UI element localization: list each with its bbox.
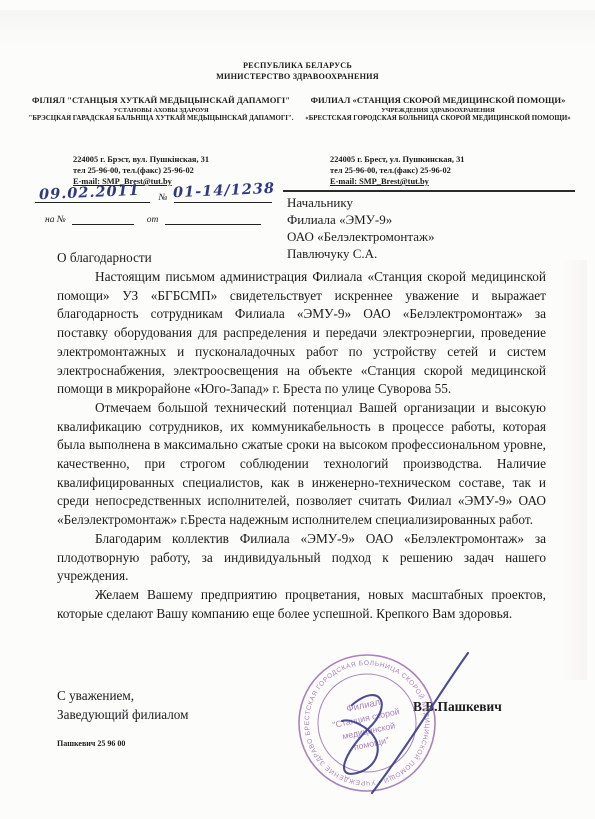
body-paragraph-1: Настоящим письмом администрация Филиала … — [57, 268, 546, 399]
reference-block: 09.02.2011 № 01-14/1238 на № от — [35, 188, 280, 228]
body-paragraph-2: Отмечаем большой технический потенциал В… — [57, 399, 546, 530]
signature-loop-stroke — [342, 695, 382, 774]
reply-to-label: на № — [45, 215, 66, 225]
closing-block: С уважением, Заведующий филиалом — [57, 686, 189, 724]
letterhead-right: ФИЛИАЛ «СТАНЦИЯ СКОРОЙ МЕДИЦИНСКОЙ ПОМОЩ… — [300, 95, 576, 124]
reference-row-reply: на № от — [35, 210, 280, 228]
recipient-title: Начальнику — [287, 194, 434, 211]
letter-subject: О благодарности — [57, 250, 152, 266]
closing-respect: С уважением, — [57, 686, 189, 705]
recipient-block: Начальнику Филиала «ЭМУ-9» ОАО «Белэлект… — [287, 194, 434, 262]
org-parent-ru: «БРЕСТСКАЯ ГОРОДСКАЯ БОЛЬНИЦА СКОРОЙ МЕД… — [300, 115, 576, 124]
executor-contact: Пашкевич 25 96 00 — [57, 739, 125, 748]
recipient-branch: Филиала «ЭМУ-9» — [287, 211, 434, 228]
reply-number-blank — [72, 210, 134, 225]
recipient-person: Павлючуку С.А. — [287, 245, 434, 262]
reply-from-label: от — [147, 215, 159, 225]
scan-artifact-top — [0, 10, 595, 48]
reference-row-date-number: 09.02.2011 № 01-14/1238 — [35, 188, 280, 210]
phone-line-by: тел 25-96-00, тел.(факс) 25-96-02 — [73, 165, 209, 176]
org-name-by: ФІЛІЯЛ "СТАНЦЫЯ ХУТКАЙ МЕДЫЦЫНСКАЙ ДАПАМ… — [28, 95, 294, 106]
handwritten-signature — [300, 643, 480, 803]
country-ministry-header: РЕСПУБЛИКА БЕЛАРУСЬ МИНИСТЕРСТВО ЗДРАВОО… — [0, 61, 595, 82]
email-address-ru: SMP_Brest@tut.by — [359, 177, 429, 186]
signature-main-stroke — [372, 653, 468, 793]
letter-body: Настоящим письмом администрация Филиала … — [57, 268, 546, 623]
country-name: РЕСПУБЛИКА БЕЛАРУСЬ — [0, 61, 595, 72]
header-divider-rule — [283, 190, 575, 192]
email-line-ru: E-mail: SMP_Brest@tut.by — [330, 176, 464, 187]
address-block-right: 224005 г. Брест, ул. Пушкинская, 31 тел … — [330, 154, 464, 187]
org-name-ru: ФИЛИАЛ «СТАНЦИЯ СКОРОЙ МЕДИЦИНСКОЙ ПОМОЩ… — [300, 95, 576, 106]
address-line-by: 224005 г. Брэст, вул. Пушкінская, 31 — [73, 154, 209, 165]
scanned-letter-page: РЕСПУБЛИКА БЕЛАРУСЬ МИНИСТЕРСТВО ЗДРАВОО… — [0, 0, 595, 819]
letterhead-left: ФІЛІЯЛ "СТАНЦЫЯ ХУТКАЙ МЕДЫЦЫНСКАЙ ДАПАМ… — [28, 95, 294, 124]
org-type-by: УСТАНОВЫ АХОВЫ ЗДАРОУЯ — [28, 107, 294, 116]
number-sign-label: № — [159, 193, 168, 203]
ministry-name: МИНИСТЕРСТВО ЗДРАВООХРАНЕНИЯ — [0, 72, 595, 83]
phone-line-ru: тел 25-96-00, тел.(факс) 25-96-02 — [330, 165, 464, 176]
scan-artifact-side — [561, 260, 587, 680]
closing-position: Заведующий филиалом — [57, 705, 189, 724]
address-block-left: 224005 г. Брэст, вул. Пушкінская, 31 тел… — [73, 154, 209, 187]
email-label-ru: E-mail: — [330, 177, 357, 186]
recipient-company: ОАО «Белэлектромонтаж» — [287, 228, 434, 245]
reply-date-blank — [165, 210, 261, 225]
body-paragraph-4: Желаем Вашему предприятию процветания, н… — [57, 586, 546, 623]
address-line-ru: 224005 г. Брест, ул. Пушкинская, 31 — [330, 154, 464, 165]
org-parent-by: "БРЭСЦКАЯ ГАРАДСКАЯ БАЛЬНІЦА ХУТКАЙ МЕДЫ… — [28, 115, 294, 124]
body-paragraph-3: Благодарим коллектив Филиала «ЭМУ-9» ОАО… — [57, 530, 546, 586]
org-type-ru: УЧРЕЖДЕНИЯ ЗДРАВООХРАНЕНИЯ — [300, 107, 576, 116]
